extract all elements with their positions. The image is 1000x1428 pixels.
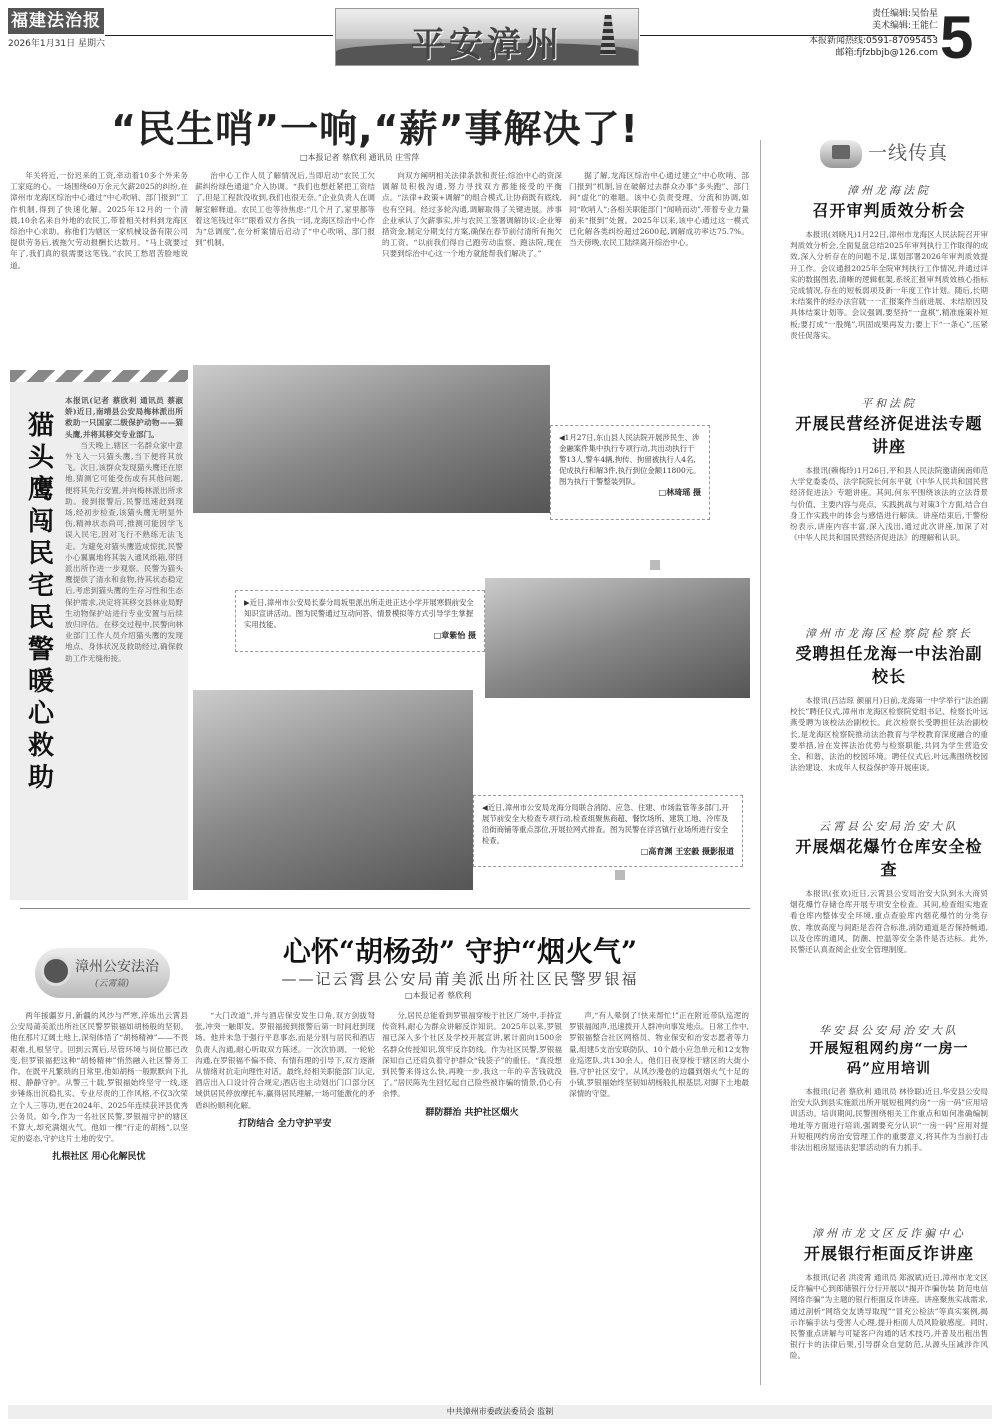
lead-byline: □本报记者 蔡欣利 通讯员 庄雪萍: [300, 152, 419, 163]
lead-column-2: 治中心工作人员了解情况后,当即启动“农民工欠薪纠纷绿色通道”介入协调。“我们也想…: [195, 170, 375, 360]
photo-credit-3: □高育渊 王宏毅 摄影报道: [482, 846, 734, 857]
photo-court-lineup: [193, 365, 550, 513]
brief-title[interactable]: 受聘担任龙海一中法治副校长: [790, 641, 988, 687]
sidebar-body-top: 本报讯(记者 蔡欣利 通讯员 蔡淑娇)近日,南靖县公安局梅林派出所救助一只国家二…: [65, 395, 183, 735]
brief-kicker: 平和法院: [790, 395, 988, 411]
feature-column-1: 两年援疆岁月,新疆的风沙与严寒,淬炼出云霄县公安局莆美派出所社区民警罗银福如胡杨…: [10, 1010, 188, 1395]
photo-credit-2: □章紫怡 摄: [244, 630, 476, 641]
lead-column-4: 据了解,龙海区综治中心通过建立“中心吹哨、部门报到”机制,旨在破解过去群众办事“…: [569, 170, 749, 360]
sidebar-title[interactable]: 猫头鹰闯民宅 民警暖心救助: [22, 410, 60, 794]
feature-headline[interactable]: 心怀“胡杨劲” 守护“烟火气”: [180, 930, 740, 970]
photo-caption-2: ▶近日,漳州市公安局长泰分局坂里派出所走进正达小学开展寒假前安全知识宣讲活动。图…: [235, 590, 485, 652]
brief-3: 漳州市龙海区检察院检察长 受聘担任龙海一中法治副校长 本报讯(吕洁琼 颜丽月)日…: [790, 625, 988, 845]
lead-column-3: 向双方阐明相关法律条款和责任;综治中心的资深调解员积极沟通,努力寻找双方都能接受…: [382, 170, 562, 360]
feature-subhead: ——记云霄县公安局莆美派出所社区民警罗银福: [180, 968, 740, 989]
sidebar-body: 当天晚上,辖区一名群众家中意外飞入一只猫头鹰,当下便将其放飞。次日,该群众发现猫…: [65, 440, 183, 664]
brief-5: 华安县公安局治安大队 开展短租网约房“一房一码”应用培训 本报讯(记者 蔡欣利 …: [790, 1022, 988, 1246]
feature-subhead-1: 扎根社区 用心化解民忧: [10, 1152, 188, 1163]
brief-title[interactable]: 开展烟花爆竹仓库安全检查: [790, 834, 988, 880]
brief-kicker: 云霄县公安局治安大队: [790, 818, 988, 834]
feature-column-2: “大门改道”,并与酒店保安发生口角,双方剑拔弩张,冲突一触即发。罗银福接到报警后…: [195, 1010, 375, 1395]
brief-kicker: 漳州市龙海区检察院检察长: [790, 625, 988, 641]
brief-kicker: 华安县公安局治安大队: [790, 1022, 988, 1038]
photo-caption-3: ◀近日,漳州市公安局龙海分局联合消防、应急、住建、市场监管等多部门,开展节前安全…: [473, 795, 743, 867]
lead-column-1: 年关将近,一份迟来的工资,牵动着10多个外来务工家庭的心。一场围绕60万余元欠薪…: [10, 170, 188, 360]
page-footer: 中共漳州市委政法委员会 监制: [8, 1405, 992, 1419]
caption-marker-1: [650, 560, 660, 570]
lead-headline[interactable]: “民生哨”一响,“薪”事解决了!: [0, 98, 750, 153]
brief-6: 漳州市龙文区反诈骗中心 开展银行柜面反诈讲座 本报讯(记者 洪凌霄 通讯员 郑淑…: [790, 1225, 988, 1402]
brief-2: 平和法院 开展民营经济促进法专题讲座 本报讯(赖梅玲)1月26日,平和县人民法院…: [790, 395, 988, 640]
section-label: 一线传真: [868, 138, 948, 165]
feature-byline: □本报记者 蔡欣利: [405, 990, 471, 1001]
feature-subhead-3: 群防群治 共护社区烟火: [382, 1108, 562, 1119]
brief-title[interactable]: 开展短租网约房“一房一码”应用培训: [790, 1038, 988, 1078]
brief-1: 漳州龙海法院 召开审判质效分析会 本报讯(刘晓凡)1月22日,漳州市龙海区人民法…: [790, 182, 988, 384]
column-logo: 漳州公安法治 (云霄篇): [35, 948, 170, 998]
brief-title[interactable]: 开展银行柜面反诈讲座: [790, 1241, 988, 1264]
page-number: 5: [940, 8, 973, 68]
section-divider: [20, 908, 750, 909]
brief-kicker: 漳州市龙文区反诈骗中心: [790, 1225, 988, 1241]
section-banner: 平安漳州: [335, 8, 639, 66]
photo-credit-1: □林琦瑶 摄: [559, 487, 701, 498]
sidebar-lede: 本报讯(记者 蔡欣利 通讯员 蔡淑娇)近日,南靖县公安局梅林派出所救助一只国家二…: [65, 396, 183, 439]
newspaper-logo: 福建法治报: [8, 8, 104, 34]
issue-date: 2026年1月31日 星期六: [8, 36, 105, 49]
news-hotline: 本报新闻热线:0591-87095453: [780, 35, 938, 47]
editor-in-charge: 责任编辑:吴怡星: [780, 8, 938, 20]
brief-4: 云霄县公安局治安大队 开展烟花爆竹仓库安全检查 本报讯(张欢)近日,云霄县公安局…: [790, 818, 988, 1048]
photo-caption-1: ◀1月27日,东山县人民法院开展涉民生、涉金融案件集中执行专项行动,共出动执行干…: [550, 425, 710, 520]
feature-subhead-2: 打防结合 全力守护平安: [195, 1119, 375, 1130]
editor-credits: 责任编辑:吴怡星 美术编辑:王能仁 本报新闻热线:0591-87095453 邮…: [780, 8, 938, 59]
banner-title: 平安漳州: [411, 17, 563, 66]
brief-title[interactable]: 开展民营经济促进法专题讲座: [790, 411, 988, 457]
brief-title[interactable]: 召开审判质效分析会: [790, 198, 988, 221]
feature-column-4: 声,“有人晕倒了!快来帮忙!”正在附近带队巡逻的罗银福闻声,迅速拨开人群冲向事发…: [569, 1010, 749, 1395]
police-emblem-icon: [41, 956, 71, 986]
caption-marker-3: [615, 870, 625, 880]
photo-school-safety: [485, 578, 750, 698]
art-editor: 美术编辑:王能仁: [780, 20, 938, 32]
contact-email[interactable]: 邮箱:fjfzbbjb@126.com: [780, 47, 938, 59]
feature-column-3: 分,居民总能看到罗银福穿梭于社区广场中,手持宣传资料,耐心为群众讲解反诈知识。2…: [382, 1010, 562, 1395]
photo-safety-inspection: [193, 690, 473, 890]
fax-icon: [820, 140, 862, 168]
brief-kicker: 漳州龙海法院: [790, 182, 988, 198]
masthead-rule-left: [105, 35, 333, 36]
right-column-divider: [760, 140, 761, 1385]
